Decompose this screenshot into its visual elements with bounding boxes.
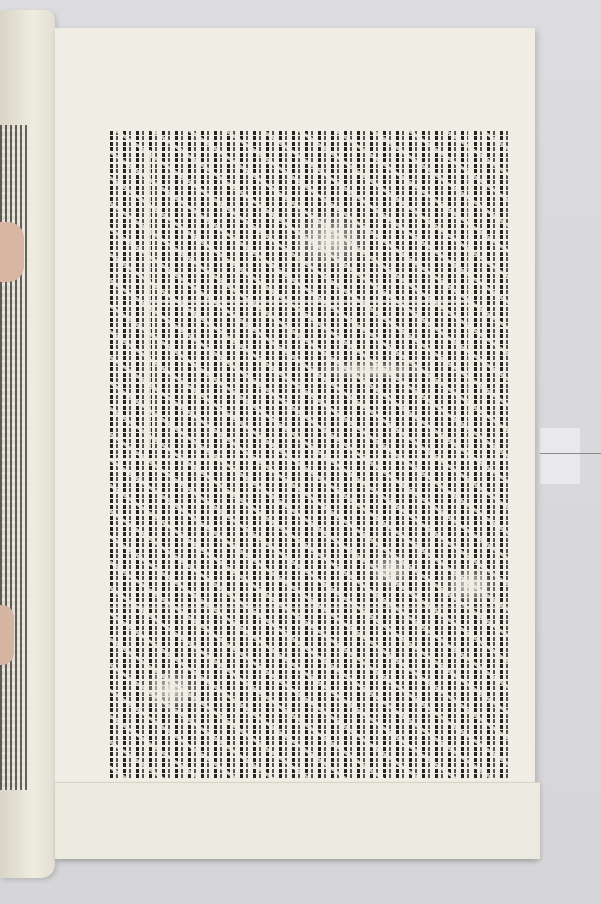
thumb-upper [0, 222, 24, 282]
tape-strip-upper [540, 428, 580, 456]
stone-rubbing [110, 130, 510, 780]
rubbing-panel-seam [110, 458, 510, 460]
rubbing-column-gap [468, 130, 471, 460]
thumb-lower [0, 605, 14, 665]
rubbing-panel-seam [110, 606, 510, 608]
tape-strip-lower [540, 456, 580, 484]
rubbing-inscription-band [150, 300, 470, 303]
bottom-page-flap [55, 782, 540, 859]
table-seam-line [540, 453, 601, 454]
rubbing-light-patches [110, 130, 510, 780]
